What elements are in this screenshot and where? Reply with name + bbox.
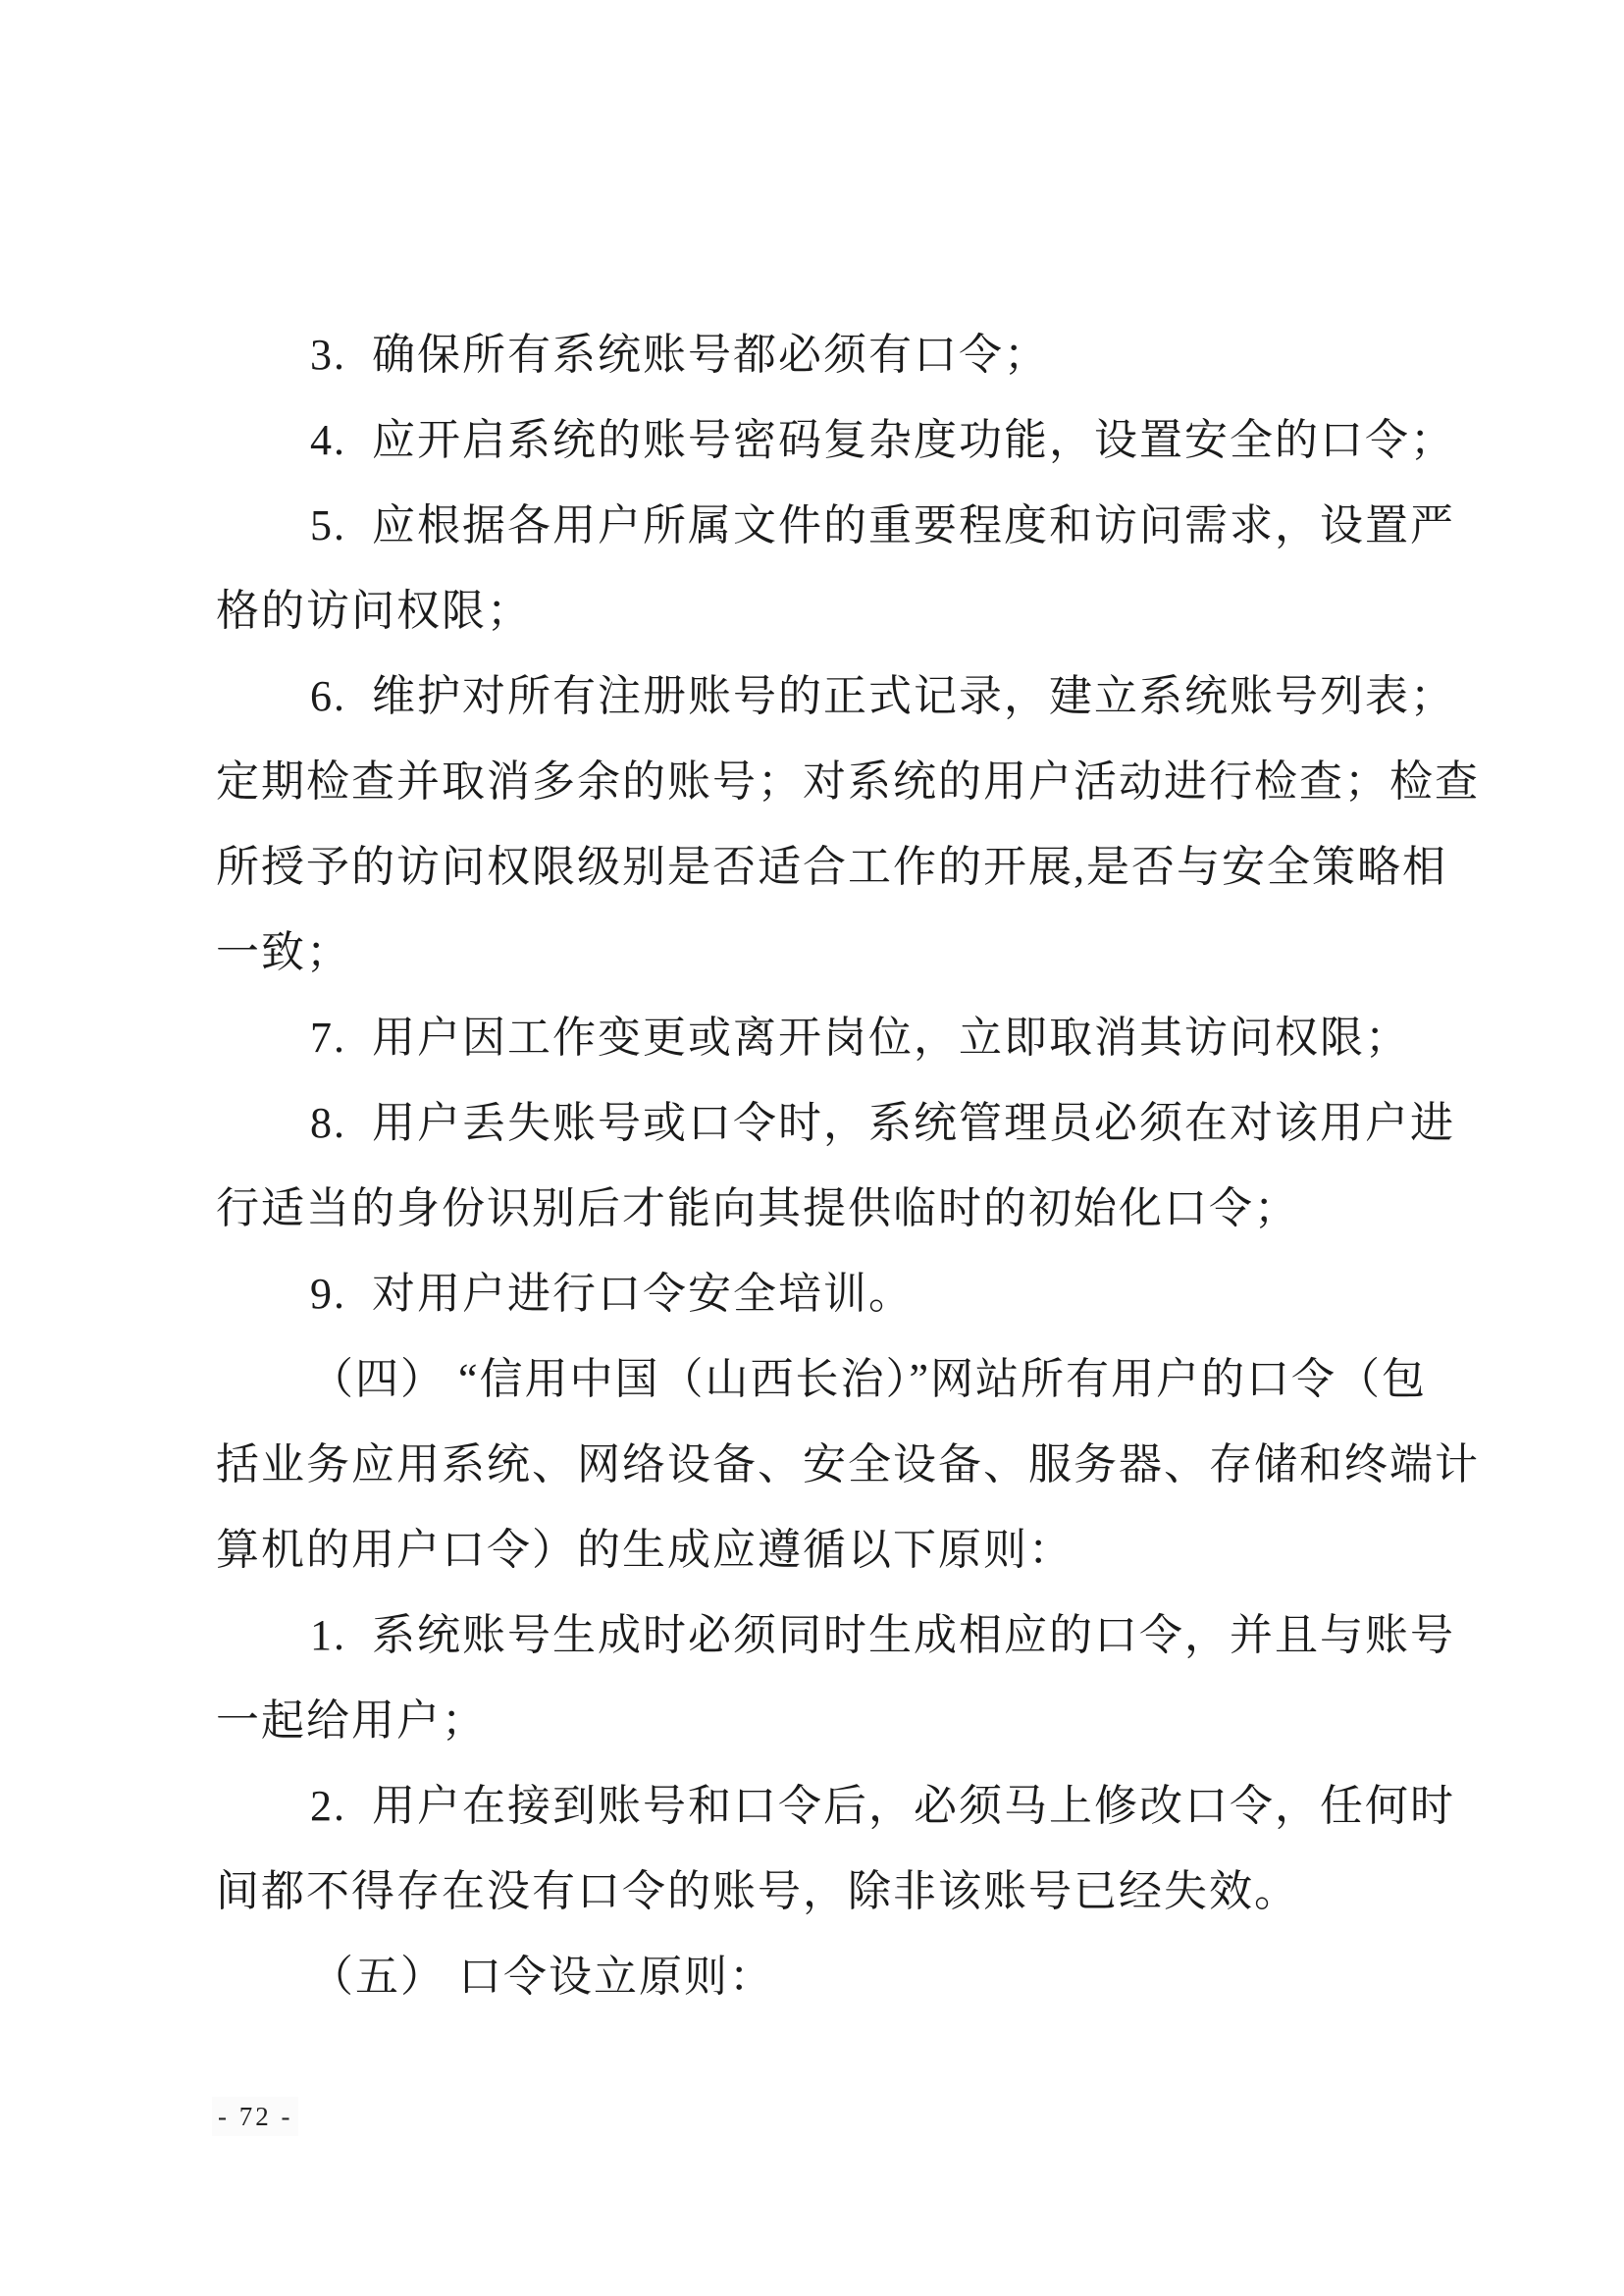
text-line-13: （四） “信用中国（山西长治）”网站所有用户的口令（包: [216, 1336, 1487, 1422]
text-line-19: 间都不得存在没有口令的账号，除非该账号已经失效。: [216, 1849, 1487, 1934]
text-line-4: 格的访问权限；: [216, 568, 1487, 653]
text-line-17: 一起给用户；: [216, 1678, 1487, 1763]
text-line-6: 定期检查并取消多余的账号；对系统的用户活动进行检查；检查: [216, 739, 1487, 824]
document-body: 3. 确保所有系统账号都必须有口令； 4. 应开启系统的账号密码复杂度功能，设置…: [216, 312, 1487, 2019]
text-line-20: （五） 口令设立原则：: [216, 1934, 1487, 2019]
text-line-2: 4. 应开启系统的账号密码复杂度功能，设置安全的口令；: [216, 397, 1487, 483]
text-line-16: 1. 系统账号生成时必须同时生成相应的口令，并且与账号: [216, 1592, 1487, 1678]
text-line-12: 9. 对用户进行口令安全培训。: [216, 1251, 1487, 1336]
text-line-14: 括业务应用系统、网络设备、安全设备、服务器、存储和终端计: [216, 1422, 1487, 1507]
text-line-18: 2. 用户在接到账号和口令后，必须马上修改口令，任何时: [216, 1763, 1487, 1849]
page-number: - 72 -: [212, 2097, 298, 2136]
document-page: 3. 确保所有系统账号都必须有口令； 4. 应开启系统的账号密码复杂度功能，设置…: [0, 0, 1624, 2296]
text-line-15: 算机的用户口令）的生成应遵循以下原则：: [216, 1507, 1487, 1592]
text-line-8: 一致；: [216, 910, 1487, 995]
text-line-5: 6. 维护对所有注册账号的正式记录，建立系统账号列表；: [216, 653, 1487, 739]
text-line-10: 8. 用户丢失账号或口令时，系统管理员必须在对该用户进: [216, 1080, 1487, 1166]
text-line-1: 3. 确保所有系统账号都必须有口令；: [216, 312, 1487, 397]
text-line-9: 7. 用户因工作变更或离开岗位，立即取消其访问权限；: [216, 995, 1487, 1080]
text-line-11: 行适当的身份识别后才能向其提供临时的初始化口令；: [216, 1166, 1487, 1251]
text-line-7: 所授予的访问权限级别是否适合工作的开展,是否与安全策略相: [216, 824, 1487, 910]
text-line-3: 5. 应根据各用户所属文件的重要程度和访问需求，设置严: [216, 483, 1487, 568]
